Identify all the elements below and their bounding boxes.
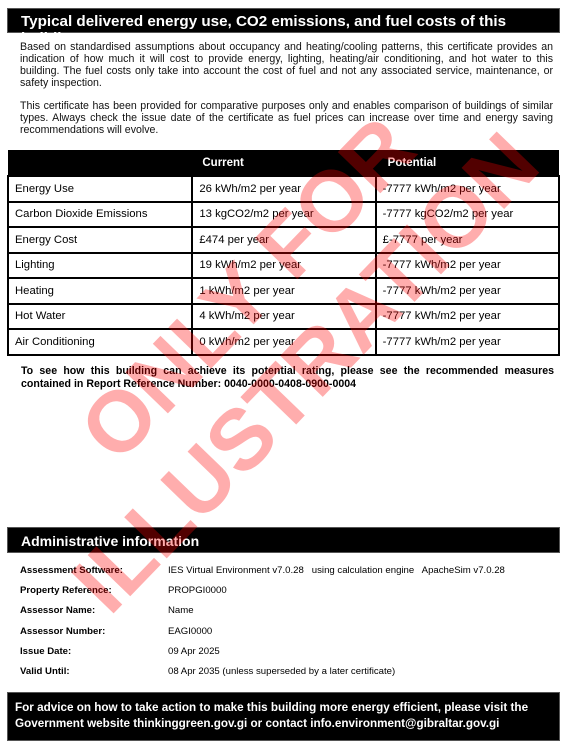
admin-row-assessment-software: Assessment Software: IES Virtual Environ… <box>20 560 560 580</box>
admin-row-valid-until: Valid Until: 08 Apr 2035 (unless superse… <box>20 661 560 681</box>
row-label: Energy Cost <box>8 227 192 253</box>
admin-value: Name <box>168 605 194 616</box>
table-row: Energy Cost £474 per year £-7777 per yea… <box>8 227 559 253</box>
admin-row-property-reference: Property Reference: PROPGI0000 <box>20 580 560 600</box>
admin-section-title: Administrative information <box>7 527 560 553</box>
row-potential: -7777 kWh/m2 per year <box>376 329 559 355</box>
row-label: Carbon Dioxide Emissions <box>8 202 192 228</box>
table-row: Lighting 19 kWh/m2 per year -7777 kWh/m2… <box>8 253 559 279</box>
admin-label: Assessor Number: <box>20 626 168 637</box>
row-current: 26 kWh/m2 per year <box>192 176 375 202</box>
table-row: Energy Use 26 kWh/m2 per year -7777 kWh/… <box>8 176 559 202</box>
table-row: Heating 1 kWh/m2 per year -7777 kWh/m2 p… <box>8 278 559 304</box>
row-potential: -7777 kWh/m2 per year <box>376 304 559 330</box>
intro-paragraph: Based on standardised assumptions about … <box>20 41 553 89</box>
report-reference-note: To see how this building can achieve its… <box>21 365 554 391</box>
advice-footer: For advice on how to take action to make… <box>7 692 560 741</box>
comparison-paragraph: This certificate has been provided for c… <box>20 100 553 136</box>
admin-label: Issue Date: <box>20 646 168 657</box>
table-row: Air Conditioning 0 kWh/m2 per year -7777… <box>8 329 559 355</box>
energy-section-title: Typical delivered energy use, CO2 emissi… <box>7 8 560 33</box>
energy-table: Current Potential Energy Use 26 kWh/m2 p… <box>7 150 560 356</box>
admin-row-assessor-number: Assessor Number: EAGI0000 <box>20 621 560 641</box>
row-potential: -7777 kWh/m2 per year <box>376 176 559 202</box>
row-label: Lighting <box>8 253 192 279</box>
table-header-row: Current Potential <box>8 150 559 176</box>
admin-label: Valid Until: <box>20 666 168 677</box>
admin-value: 08 Apr 2035 (unless superseded by a late… <box>168 666 395 677</box>
row-current: 0 kWh/m2 per year <box>192 329 375 355</box>
row-potential: -7777 kWh/m2 per year <box>376 278 559 304</box>
admin-label: Assessor Name: <box>20 605 168 616</box>
table-row: Carbon Dioxide Emissions 13 kgCO2/m2 per… <box>8 202 559 228</box>
row-current: 4 kWh/m2 per year <box>192 304 375 330</box>
table-header-label <box>8 150 192 176</box>
row-label: Heating <box>8 278 192 304</box>
row-label: Energy Use <box>8 176 192 202</box>
admin-value: EAGI0000 <box>168 626 212 637</box>
admin-value: 09 Apr 2025 <box>168 646 220 657</box>
row-current: 1 kWh/m2 per year <box>192 278 375 304</box>
row-current: 13 kgCO2/m2 per year <box>192 202 375 228</box>
row-potential: £-7777 per year <box>376 227 559 253</box>
row-label: Hot Water <box>8 304 192 330</box>
row-potential: -7777 kWh/m2 per year <box>376 253 559 279</box>
row-current: £474 per year <box>192 227 375 253</box>
admin-label: Assessment Software: <box>20 565 168 576</box>
admin-row-issue-date: Issue Date: 09 Apr 2025 <box>20 641 560 661</box>
table-row: Hot Water 4 kWh/m2 per year -7777 kWh/m2… <box>8 304 559 330</box>
admin-value: PROPGI0000 <box>168 585 227 596</box>
row-label: Air Conditioning <box>8 329 192 355</box>
admin-row-assessor-name: Assessor Name: Name <box>20 601 560 621</box>
row-potential: -7777 kgCO2/m2 per year <box>376 202 559 228</box>
table-header-potential: Potential <box>376 150 559 176</box>
table-header-current: Current <box>192 150 375 176</box>
admin-info-list: Assessment Software: IES Virtual Environ… <box>20 560 560 682</box>
admin-value: IES Virtual Environment v7.0.28 using ca… <box>168 565 505 576</box>
row-current: 19 kWh/m2 per year <box>192 253 375 279</box>
admin-label: Property Reference: <box>20 585 168 596</box>
